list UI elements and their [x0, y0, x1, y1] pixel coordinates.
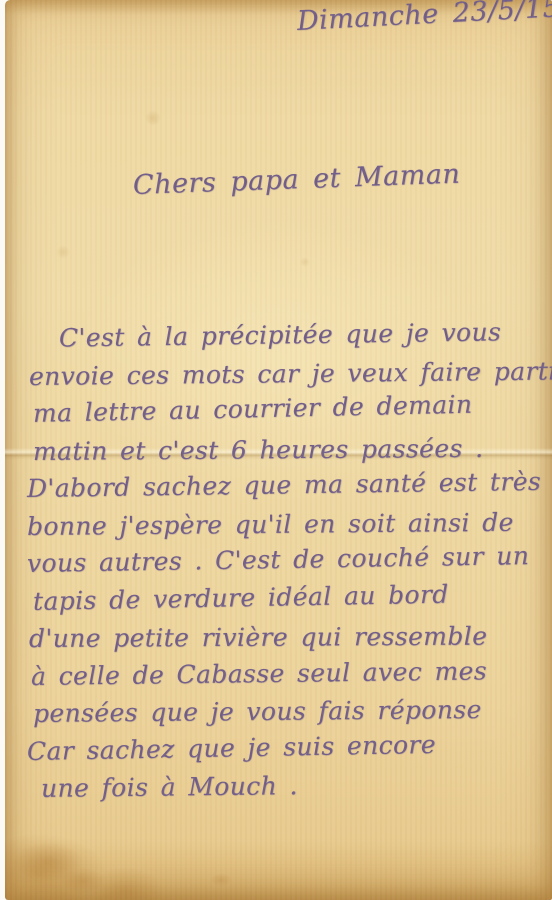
letter-paper: Dimanche 23/5/15 Chers papa et Maman C'e…	[5, 0, 552, 900]
letter-line: C'est à la précipitée que je vous	[27, 313, 542, 358]
letter-salutation: Chers papa et Maman	[132, 159, 460, 201]
letter-date: Dimanche 23/5/15	[296, 0, 552, 37]
letter-line: D'abord sachez que ma santé est très	[27, 463, 542, 508]
letter-line: à celle de Cabasse seul avec mes	[27, 651, 542, 695]
paper-stain	[13, 842, 83, 882]
letter-line: d'une petite rivière qui ressemble	[27, 617, 542, 657]
letter-line: une fois à Mouch .	[27, 765, 542, 808]
letter-body: C'est à la précipitée que je vous envoie…	[27, 320, 542, 808]
paper-stain	[60, 868, 106, 894]
scanned-letter: Dimanche 23/5/15 Chers papa et Maman C'e…	[0, 0, 552, 900]
paper-stain	[210, 873, 232, 887]
